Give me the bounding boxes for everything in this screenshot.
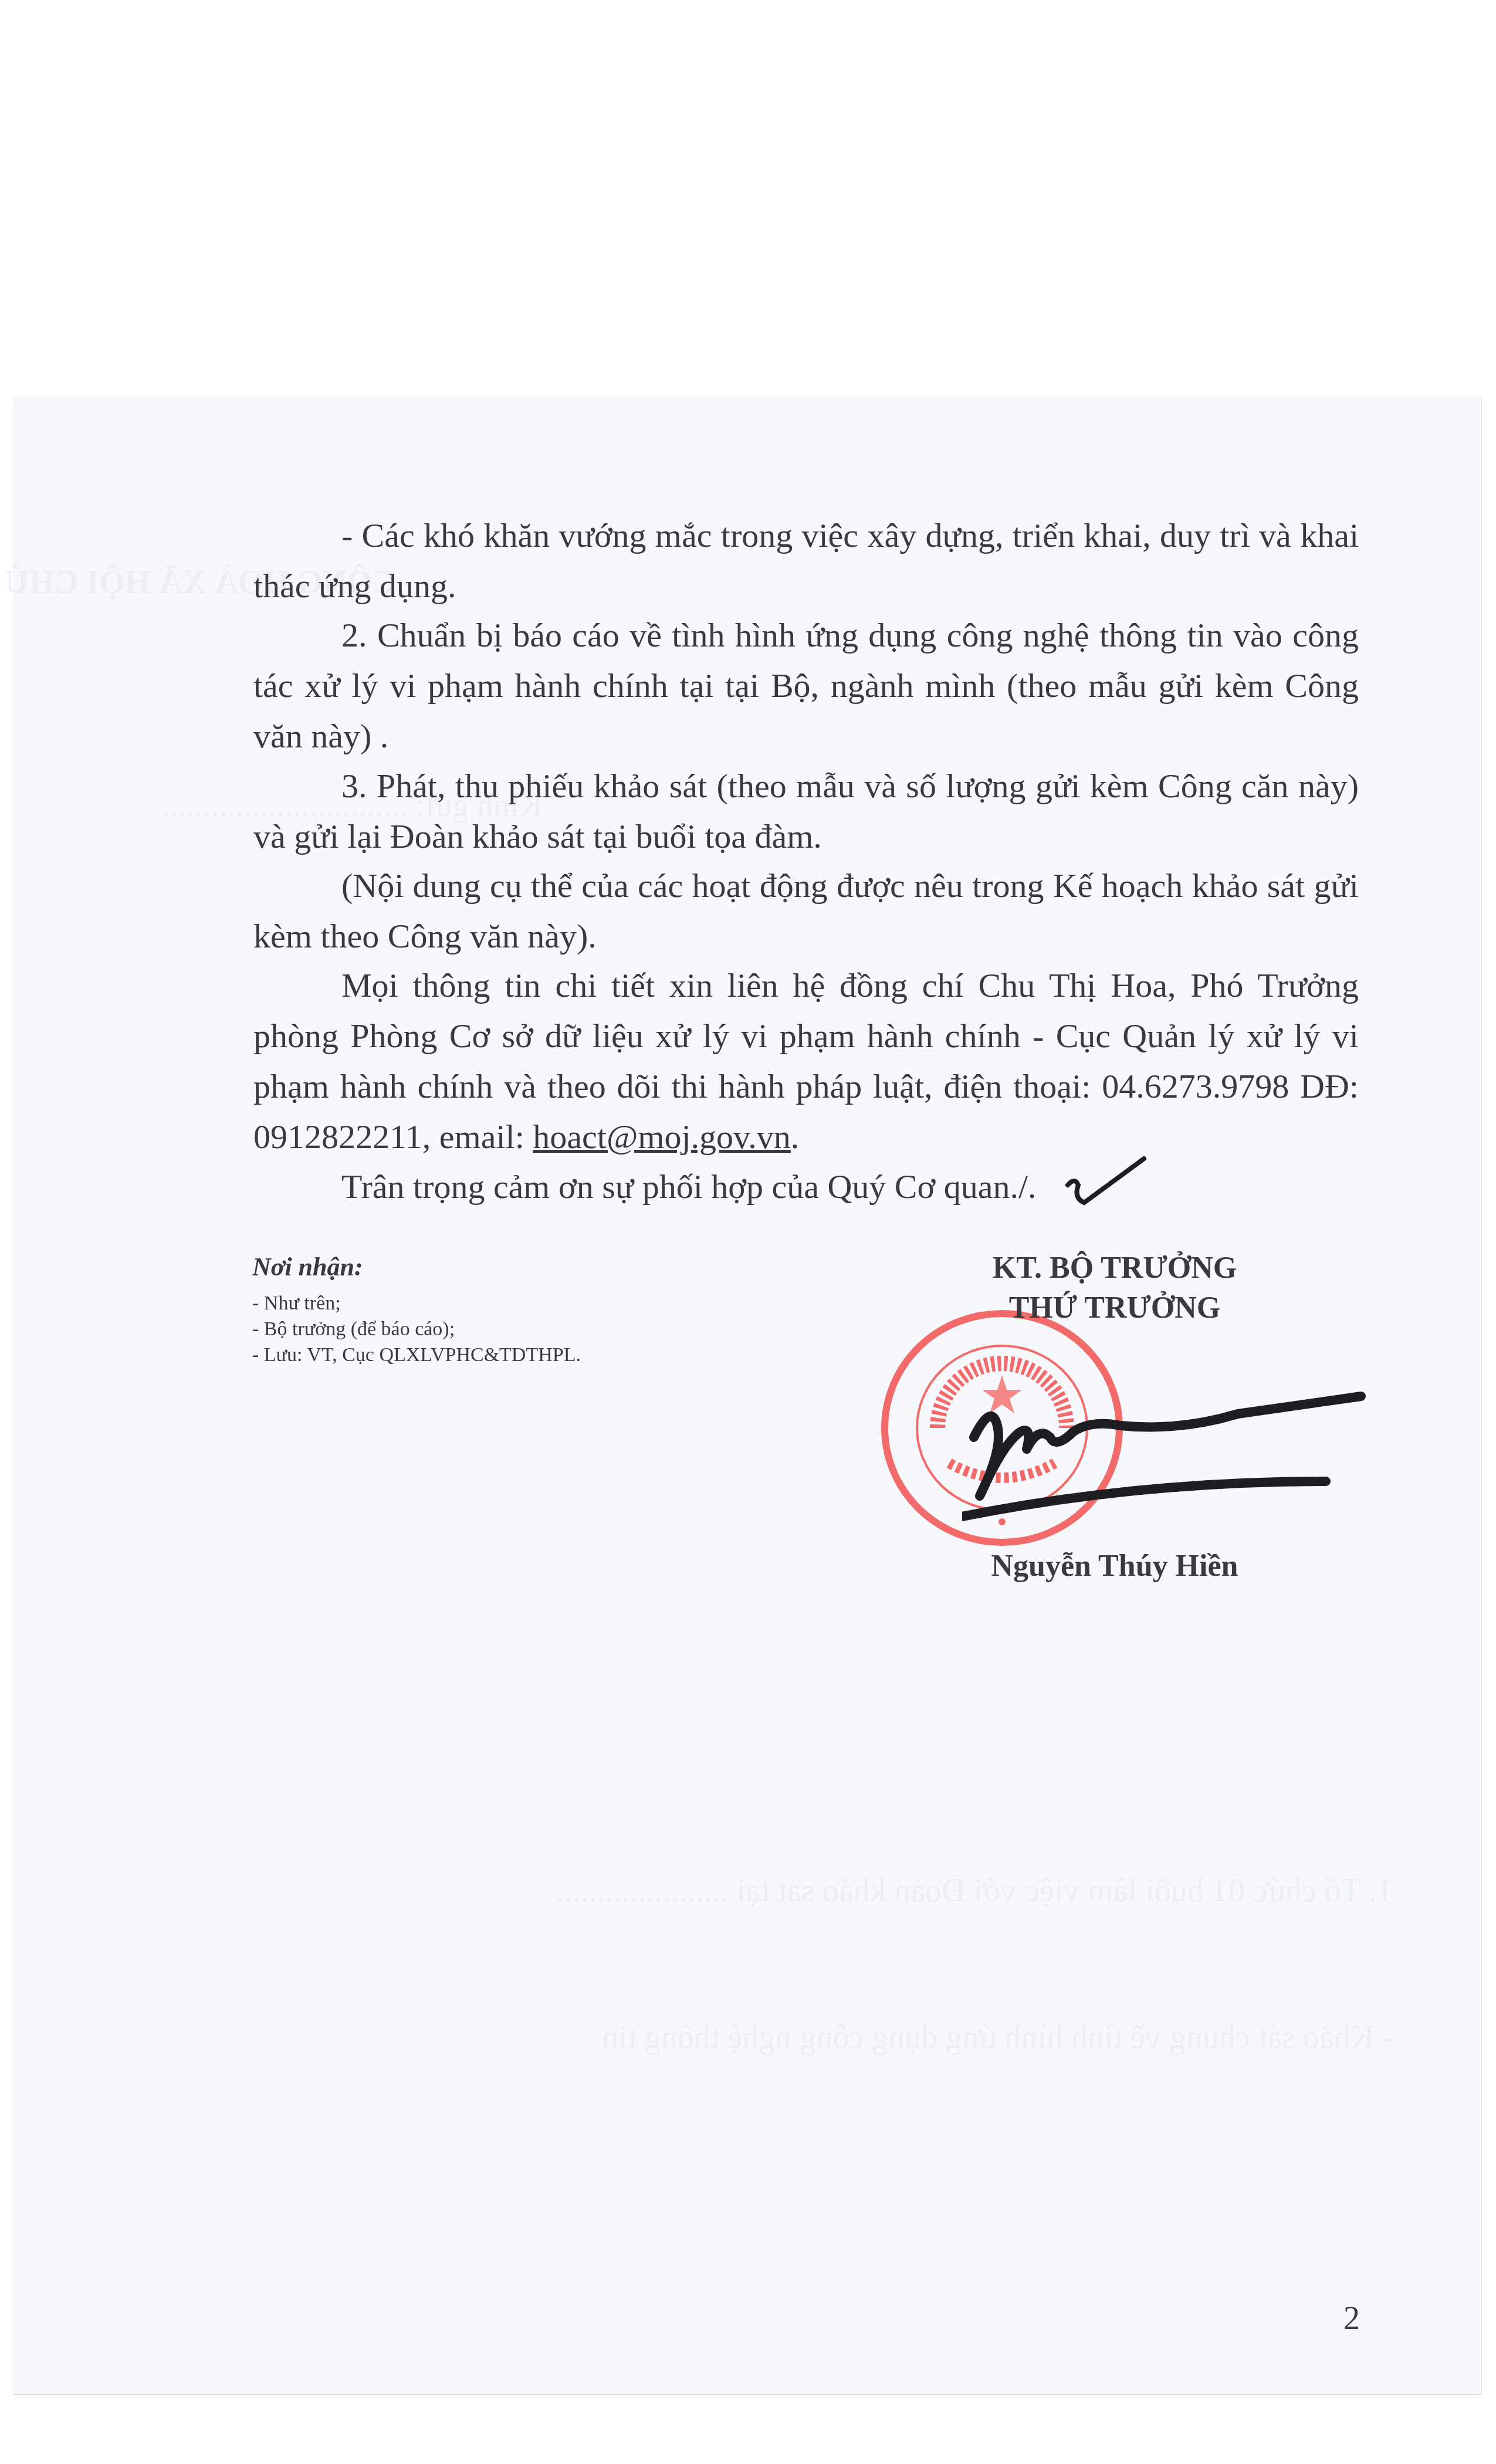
page-number: 2 (1343, 2300, 1360, 2337)
recipients-block: Nơi nhận: - Như trên; - Bộ trưởng (để bá… (252, 1254, 581, 1368)
initial-mark-icon (1062, 1153, 1150, 1217)
paragraph-contact: Mọi thông tin chi tiết xin liên hệ đồng … (253, 960, 1359, 1162)
signer-role-line-1: KT. BỘ TRƯỞNG (950, 1248, 1279, 1288)
contact-suffix: . (791, 1118, 800, 1156)
recipient-item: - Bộ trưởng (để báo cáo); (252, 1316, 581, 1342)
recipient-item: - Lưu: VT, Cục QLXLVPHC&TDTHPL. (252, 1342, 581, 1368)
recipients-title: Nơi nhận: (252, 1254, 581, 1280)
signature-block: KT. BỘ TRƯỞNG THỨ TRƯỞNG (950, 1248, 1279, 1328)
paragraph-difficulties: - Các khó khăn vướng mắc trong việc xây … (253, 510, 1359, 611)
paragraph-note: (Nội dung cụ thể của các hoạt động được … (253, 861, 1359, 962)
contact-text: Mọi thông tin chi tiết xin liên hệ đồng … (253, 966, 1359, 1156)
closing-line: Trân trọng cảm ơn sự phối hợp của Quý Cơ… (253, 1162, 1359, 1212)
signer-role-line-2: THỨ TRƯỞNG (950, 1288, 1279, 1328)
signer-name: Nguyễn Thúy Hiền (939, 1549, 1291, 1583)
paragraph-item-2: 2. Chuẩn bị báo cáo về tình hình ứng dụn… (253, 610, 1359, 761)
handwritten-signature-icon (962, 1349, 1373, 1525)
paragraph-item-3: 3. Phát, thu phiếu khảo sát (theo mẫu và… (253, 761, 1359, 862)
recipient-item: - Như trên; (252, 1291, 581, 1316)
contact-email-link[interactable]: hoact@moj.gov.vn (533, 1118, 790, 1156)
